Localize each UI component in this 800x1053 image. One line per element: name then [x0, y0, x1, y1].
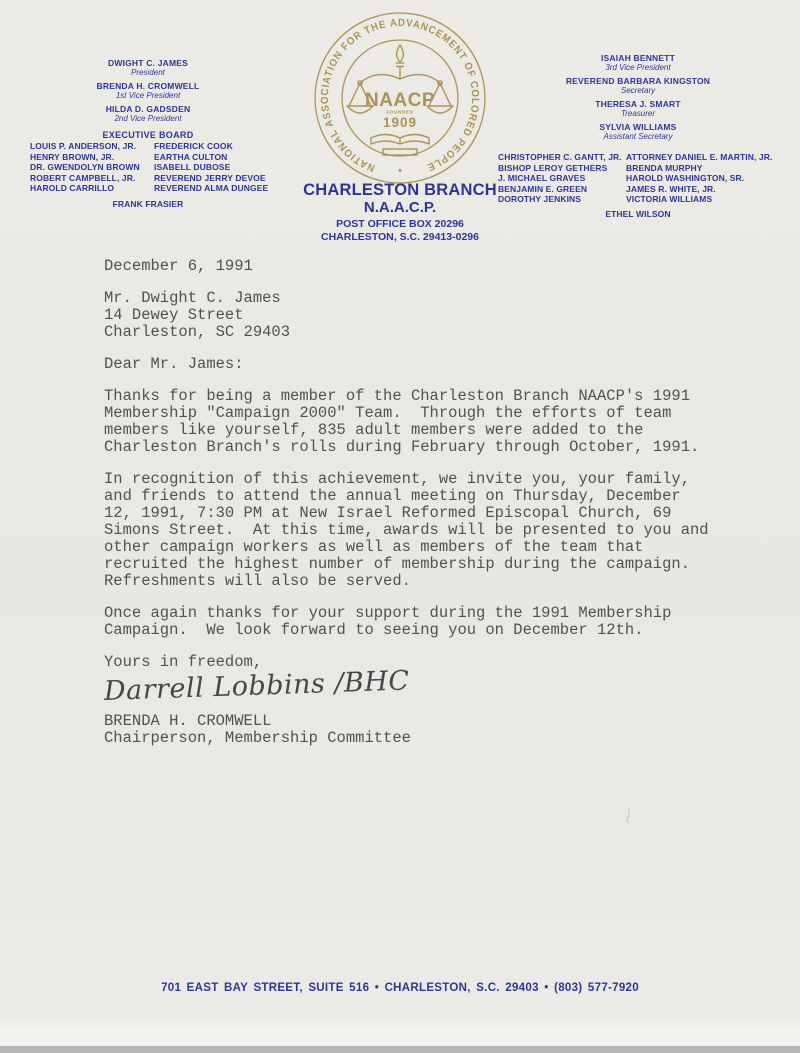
board-member-name: JAMES R. WHITE, JR.: [626, 184, 772, 195]
footer-address-line: 701 EAST BAY STREET, SUITE 516 • CHARLES…: [0, 982, 800, 994]
officer-entry: ISAIAH BENNETT 3rd Vice President: [492, 53, 784, 72]
letter-paragraph: Thanks for being a member of the Charles…: [104, 388, 744, 456]
officer-name: DWIGHT C. JAMES: [28, 58, 268, 68]
letterhead-left-officers: DWIGHT C. JAMES President BRENDA H. CROM…: [28, 58, 268, 127]
branch-org: N.A.A.C.P.: [290, 199, 510, 216]
board-member-name: ATTORNEY DANIEL E. MARTIN, JR.: [626, 152, 772, 163]
officer-title: Secretary: [492, 86, 784, 95]
board-member-name: DR. GWENDOLYN BROWN: [30, 162, 154, 173]
officer-entry: HILDA D. GADSDEN 2nd Vice President: [28, 104, 268, 123]
board-member-name: VICTORIA WILLIAMS: [626, 194, 772, 205]
officer-title: President: [28, 68, 268, 77]
letter-body: December 6, 1991 Mr. Dwight C. James 14 …: [104, 258, 744, 747]
officer-title: 1st Vice President: [28, 91, 268, 100]
officer-name: THERESA J. SMART: [492, 99, 784, 109]
letter-paragraph: In recognition of this achievement, we i…: [104, 471, 744, 590]
salutation: Dear Mr. James:: [104, 356, 744, 373]
officer-title: Treasurer: [492, 109, 784, 118]
officer-name: BRENDA H. CROMWELL: [28, 81, 268, 91]
board-member-name: DOROTHY JENKINS: [498, 194, 626, 205]
officer-title: 3rd Vice President: [492, 63, 784, 72]
recipient-address: Mr. Dwight C. James 14 Dewey Street Char…: [104, 290, 744, 341]
officer-entry: REVEREND BARBARA KINGSTON Secretary: [492, 76, 784, 95]
executive-board-centered-member: FRANK FRASIER: [28, 194, 268, 212]
board-member-name: CHRISTOPHER C. GANTT, JR.: [498, 152, 626, 163]
stray-pencil-mark: [621, 807, 635, 825]
officer-name: ISAIAH BENNETT: [492, 53, 784, 63]
board-member-name: BENJAMIN E. GREEN: [498, 184, 626, 195]
naacp-seal: NATIONAL ASSOCIATION FOR THE ADVANCEMENT…: [311, 9, 489, 187]
seal-org-name: NAACP: [365, 90, 435, 111]
executive-board-col1: LOUIS P. ANDERSON, JR.HENRY BROWN, JR.DR…: [30, 141, 154, 194]
right-board-columns: CHRISTOPHER C. GANTT, JR.BISHOP LEROY GE…: [498, 152, 788, 205]
seal-ring-separator-dot: •: [398, 165, 402, 177]
letterhead-right-officers: ISAIAH BENNETT 3rd Vice President REVERE…: [492, 53, 784, 145]
seal-founded-label: FOUNDED: [387, 110, 414, 115]
board-member-name: REVEREND JERRY DEVOE: [154, 173, 268, 184]
board-member-name: ROBERT CAMPBELL, JR.: [30, 173, 154, 184]
letter-paragraph: Once again thanks for your support durin…: [104, 605, 744, 639]
executive-board-columns: LOUIS P. ANDERSON, JR.HENRY BROWN, JR.DR…: [30, 141, 280, 194]
officer-entry: DWIGHT C. JAMES President: [28, 58, 268, 77]
officer-name: REVEREND BARBARA KINGSTON: [492, 76, 784, 86]
board-member-name: ETHEL WILSON: [605, 209, 670, 219]
board-member-name: HENRY BROWN, JR.: [30, 152, 154, 163]
officer-title: 2nd Vice President: [28, 114, 268, 123]
signer-title: Chairperson, Membership Committee: [104, 730, 744, 747]
right-board-col1: CHRISTOPHER C. GANTT, JR.BISHOP LEROY GE…: [498, 152, 626, 205]
right-board-col2: ATTORNEY DANIEL E. MARTIN, JR.BRENDA MUR…: [626, 152, 772, 205]
officer-entry: SYLVIA WILLIAMS Assistant Secretary: [492, 122, 784, 141]
board-member-name: BISHOP LEROY GETHERS: [498, 163, 626, 174]
board-member-name: EARTHA CULTON: [154, 152, 268, 163]
officer-name: HILDA D. GADSDEN: [28, 104, 268, 114]
executive-board-heading: EXECUTIVE BOARD: [28, 130, 268, 140]
board-member-name: FRANK FRASIER: [113, 199, 184, 209]
board-member-name: ISABELL DUBOSE: [154, 162, 268, 173]
branch-address-block: CHARLESTON BRANCH N.A.A.C.P. POST OFFICE…: [290, 181, 510, 244]
letter-paragraphs: Thanks for being a member of the Charles…: [104, 388, 744, 639]
board-member-name: BRENDA MURPHY: [626, 163, 772, 174]
officer-name: SYLVIA WILLIAMS: [492, 122, 784, 132]
board-member-name: J. MICHAEL GRAVES: [498, 173, 626, 184]
board-member-name: HAROLD CARRILLO: [30, 183, 154, 194]
officer-title: Assistant Secretary: [492, 132, 784, 141]
board-member-name: LOUIS P. ANDERSON, JR.: [30, 141, 154, 152]
seal-founded-year: 1909: [383, 115, 417, 130]
officer-entry: THERESA J. SMART Treasurer: [492, 99, 784, 118]
board-member-name: FREDERICK COOK: [154, 141, 268, 152]
board-member-name: REVEREND ALMA DUNGEE: [154, 183, 268, 194]
letter-date: December 6, 1991: [104, 258, 744, 275]
right-board-centered-member: ETHEL WILSON: [492, 204, 784, 222]
branch-po-box: POST OFFICE BOX 20296: [290, 218, 510, 231]
scan-edge-dark-band: [0, 1046, 800, 1053]
signer-name: BRENDA H. CROMWELL: [104, 713, 744, 730]
branch-city-zip: CHARLESTON, S.C. 29413-0296: [290, 231, 510, 244]
officer-entry: BRENDA H. CROMWELL 1st Vice President: [28, 81, 268, 100]
scanned-letter-page: DWIGHT C. JAMES President BRENDA H. CROM…: [0, 0, 800, 1053]
executive-board-col2: FREDERICK COOKEARTHA CULTONISABELL DUBOS…: [154, 141, 268, 194]
board-member-name: HAROLD WASHINGTON, SR.: [626, 173, 772, 184]
branch-name: CHARLESTON BRANCH: [290, 181, 510, 199]
